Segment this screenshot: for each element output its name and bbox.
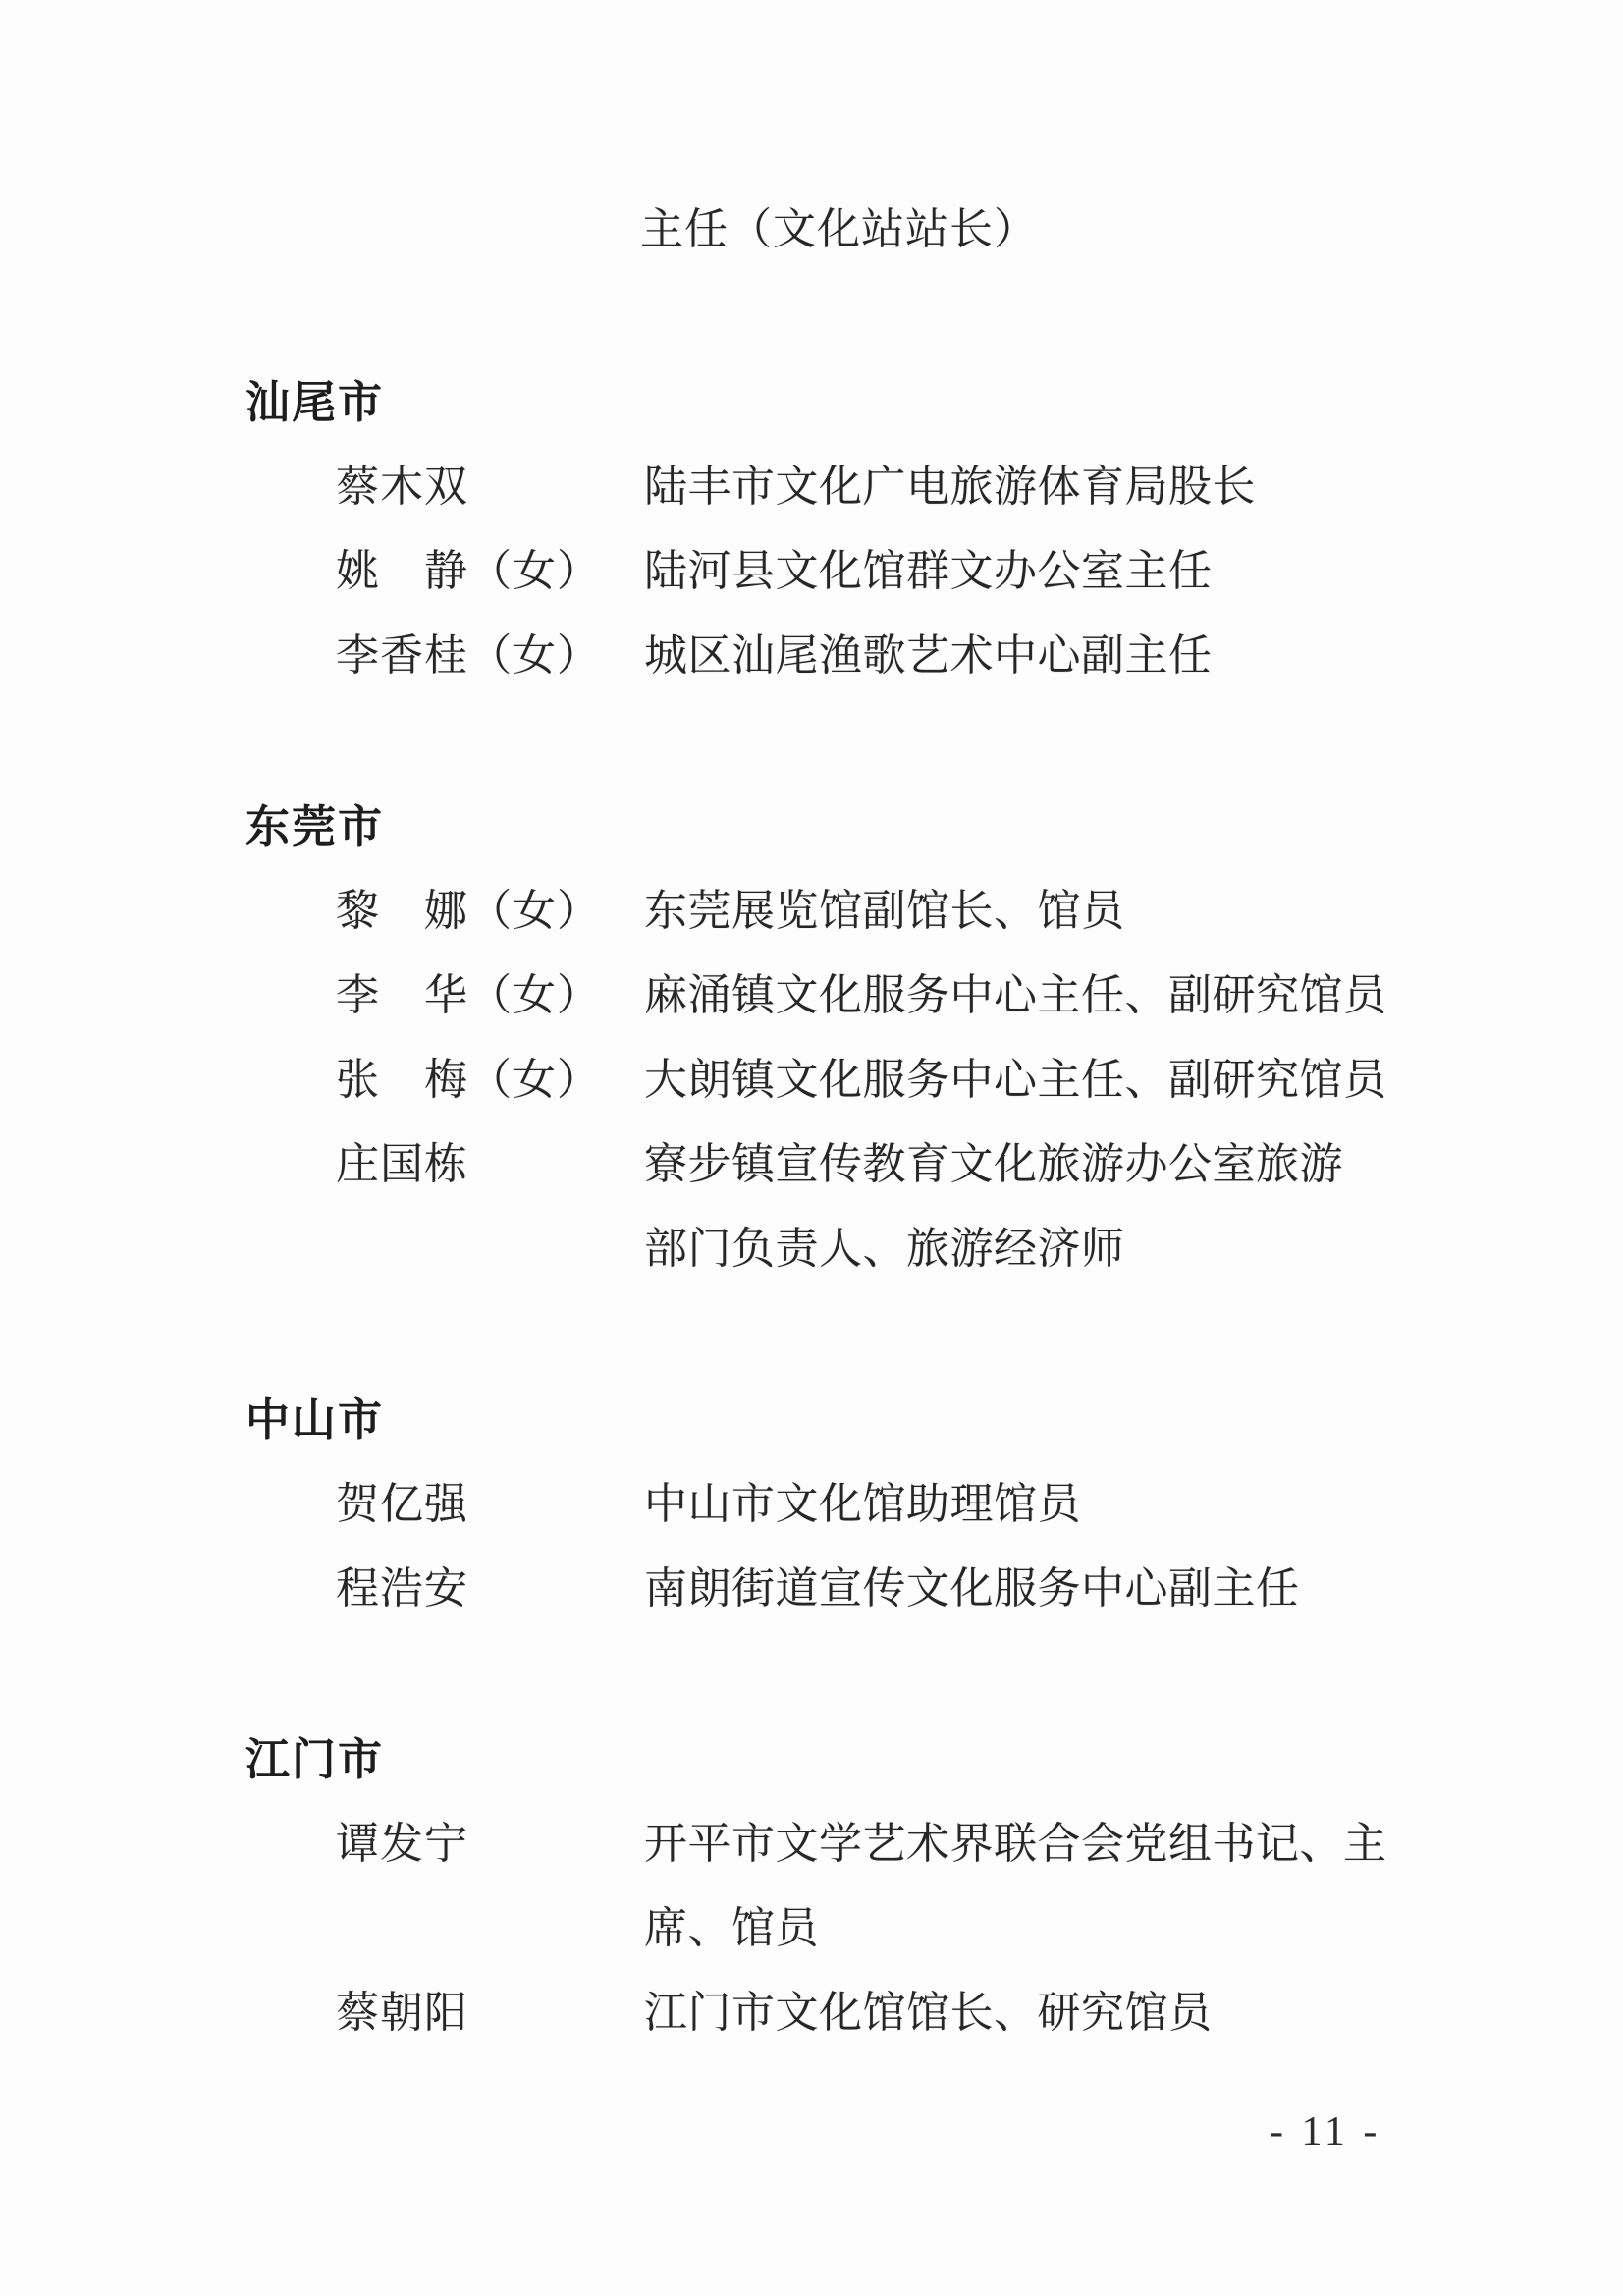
entry-line: 蔡木双陆丰市文化广电旅游体育局股长 <box>0 463 1623 547</box>
entry-line: 姚 静（女）陆河县文化馆群文办公室主任 <box>0 547 1623 631</box>
city-section: 江门市谭发宁开平市文学艺术界联合会党组书记、主席、馆员蔡朝阳江门市文化馆馆长、研… <box>0 1735 1623 2073</box>
person-entry: 贺亿强中山市文化馆助理馆员 <box>0 1480 1623 1564</box>
person-entry: 姚 静（女）陆河县文化馆群文办公室主任 <box>0 547 1623 631</box>
person-entry: 谭发宁开平市文学艺术界联合会党组书记、主席、馆员 <box>0 1820 1623 1989</box>
entry-wrap-line: 部门负责人、旅游经济师 <box>0 1225 1623 1309</box>
city-header: 东莞市 <box>0 802 1623 887</box>
person-entry: 蔡木双陆丰市文化广电旅游体育局股长 <box>0 463 1623 547</box>
city-section: 汕尾市蔡木双陆丰市文化广电旅游体育局股长姚 静（女）陆河县文化馆群文办公室主任李… <box>0 378 1623 716</box>
person-position-line: 中山市文化馆助理馆员 <box>644 1480 1081 1529</box>
person-name: 姚 静（女） <box>336 547 601 596</box>
document-page: 主任（文化站站长） 汕尾市蔡木双陆丰市文化广电旅游体育局股长姚 静（女）陆河县文… <box>0 0 1623 2296</box>
person-entry: 黎 娜（女）东莞展览馆副馆长、馆员 <box>0 887 1623 971</box>
person-entry: 庄国栋寮步镇宣传教育文化旅游办公室旅游部门负责人、旅游经济师 <box>0 1140 1623 1309</box>
person-name: 李 华（女） <box>336 971 601 1020</box>
city-sections-container: 汕尾市蔡木双陆丰市文化广电旅游体育局股长姚 静（女）陆河县文化馆群文办公室主任李… <box>0 378 1623 2073</box>
entry-line: 李 华（女）麻涌镇文化服务中心主任、副研究馆员 <box>0 971 1623 1056</box>
entry-line: 庄国栋寮步镇宣传教育文化旅游办公室旅游 <box>0 1140 1623 1225</box>
city-header: 江门市 <box>0 1735 1623 1820</box>
person-name: 张 梅（女） <box>336 1056 601 1105</box>
entry-line: 程浩安南朗街道宣传文化服务中心副主任 <box>0 1564 1623 1649</box>
entry-line: 张 梅（女）大朗镇文化服务中心主任、副研究馆员 <box>0 1056 1623 1140</box>
person-name: 程浩安 <box>336 1564 468 1613</box>
entry-line: 贺亿强中山市文化馆助理馆员 <box>0 1480 1623 1564</box>
person-entry: 李 华（女）麻涌镇文化服务中心主任、副研究馆员 <box>0 971 1623 1056</box>
entry-line: 黎 娜（女）东莞展览馆副馆长、馆员 <box>0 887 1623 971</box>
person-name: 李香桂（女） <box>336 631 601 681</box>
person-name: 黎 娜（女） <box>336 887 601 936</box>
city-section: 东莞市黎 娜（女）东莞展览馆副馆长、馆员李 华（女）麻涌镇文化服务中心主任、副研… <box>0 802 1623 1309</box>
person-position-line: 部门负责人、旅游经济师 <box>644 1225 1125 1274</box>
city-header: 中山市 <box>0 1395 1623 1480</box>
entry-line: 蔡朝阳江门市文化馆馆长、研究馆员 <box>0 1989 1623 2073</box>
person-position-line: 城区汕尾渔歌艺术中心副主任 <box>644 631 1213 681</box>
person-position-line: 陆河县文化馆群文办公室主任 <box>644 547 1213 596</box>
person-position-line: 南朗街道宣传文化服务中心副主任 <box>644 1564 1300 1613</box>
entry-wrap-line: 席、馆员 <box>0 1904 1623 1989</box>
person-entry: 张 梅（女）大朗镇文化服务中心主任、副研究馆员 <box>0 1056 1623 1140</box>
person-position-line: 大朗镇文化服务中心主任、副研究馆员 <box>644 1056 1387 1105</box>
continuation-position-line: 主任（文化站站长） <box>640 204 1038 255</box>
page-number: - 11 - <box>1270 2107 1380 2157</box>
person-position-line: 陆丰市文化广电旅游体育局股长 <box>644 463 1256 512</box>
person-entry: 蔡朝阳江门市文化馆馆长、研究馆员 <box>0 1989 1623 2073</box>
person-position-line: 麻涌镇文化服务中心主任、副研究馆员 <box>644 971 1387 1020</box>
entry-line: 谭发宁开平市文学艺术界联合会党组书记、主 <box>0 1820 1623 1904</box>
person-name: 谭发宁 <box>336 1820 468 1869</box>
person-entry: 李香桂（女）城区汕尾渔歌艺术中心副主任 <box>0 631 1623 716</box>
person-name: 蔡木双 <box>336 463 468 512</box>
person-position-line: 江门市文化馆馆长、研究馆员 <box>644 1989 1213 2038</box>
person-position-line: 席、馆员 <box>644 1904 819 1953</box>
city-section: 中山市贺亿强中山市文化馆助理馆员程浩安南朗街道宣传文化服务中心副主任 <box>0 1395 1623 1649</box>
person-position-line: 东莞展览馆副馆长、馆员 <box>644 887 1125 936</box>
person-entry: 程浩安南朗街道宣传文化服务中心副主任 <box>0 1564 1623 1649</box>
person-position-line: 寮步镇宣传教育文化旅游办公室旅游 <box>644 1140 1343 1189</box>
person-name: 蔡朝阳 <box>336 1989 468 2038</box>
person-name: 庄国栋 <box>336 1140 468 1189</box>
city-header: 汕尾市 <box>0 378 1623 463</box>
person-name: 贺亿强 <box>336 1480 468 1529</box>
person-position-line: 开平市文学艺术界联合会党组书记、主 <box>644 1820 1387 1869</box>
entry-line: 李香桂（女）城区汕尾渔歌艺术中心副主任 <box>0 631 1623 716</box>
